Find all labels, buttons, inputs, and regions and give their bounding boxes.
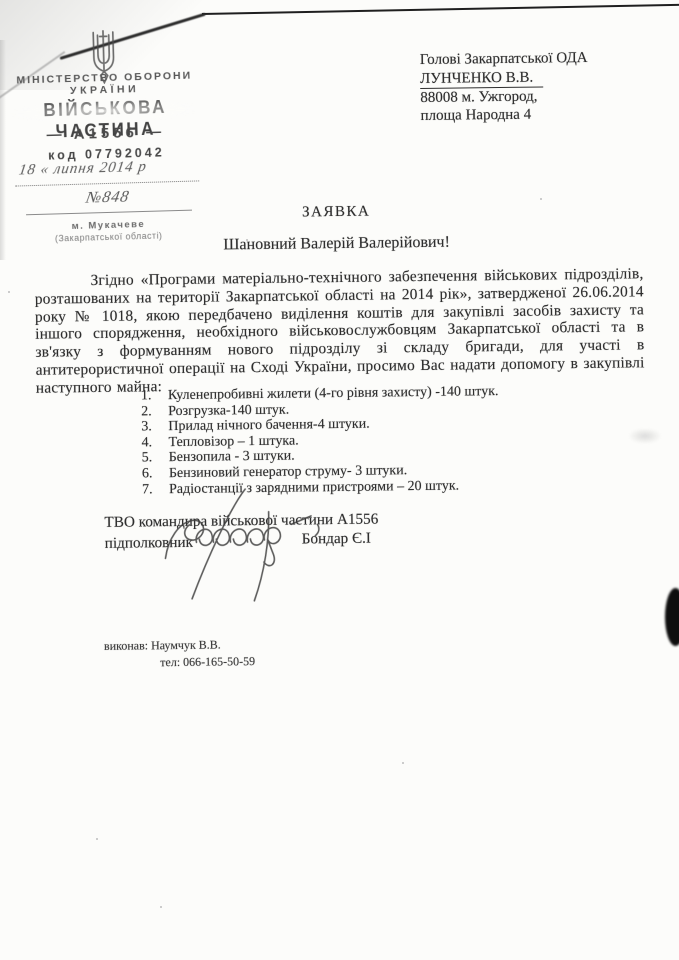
handwritten-signature [143,477,351,615]
recipient-name: ЛУНЧЕНКО В.В. [420,68,543,89]
salutation: Шановний Валерій Валерійович! [0,231,676,257]
body-paragraph: Згідно «Програми матеріально-технічного … [34,265,644,397]
letter-content: Голові Закарпатської ОДА ЛУНЧЕНКО В.В. 8… [0,0,679,960]
executor-line: виконав: Наумчук В.В. [104,637,221,653]
recipient-street: площа Народна 4 [420,104,655,125]
scanned-document: МІНІСТЕРСТВО ОБОРОНИ УКРАЇНИ ВІЙСЬКОВА Ч… [0,0,679,960]
document-title: ЗАЯВКА [0,200,676,225]
phone-line: тел: 066-165-50-59 [160,654,255,670]
recipient-block: Голові Закарпатської ОДА ЛУНЧЕНКО В.В. 8… [420,48,656,125]
